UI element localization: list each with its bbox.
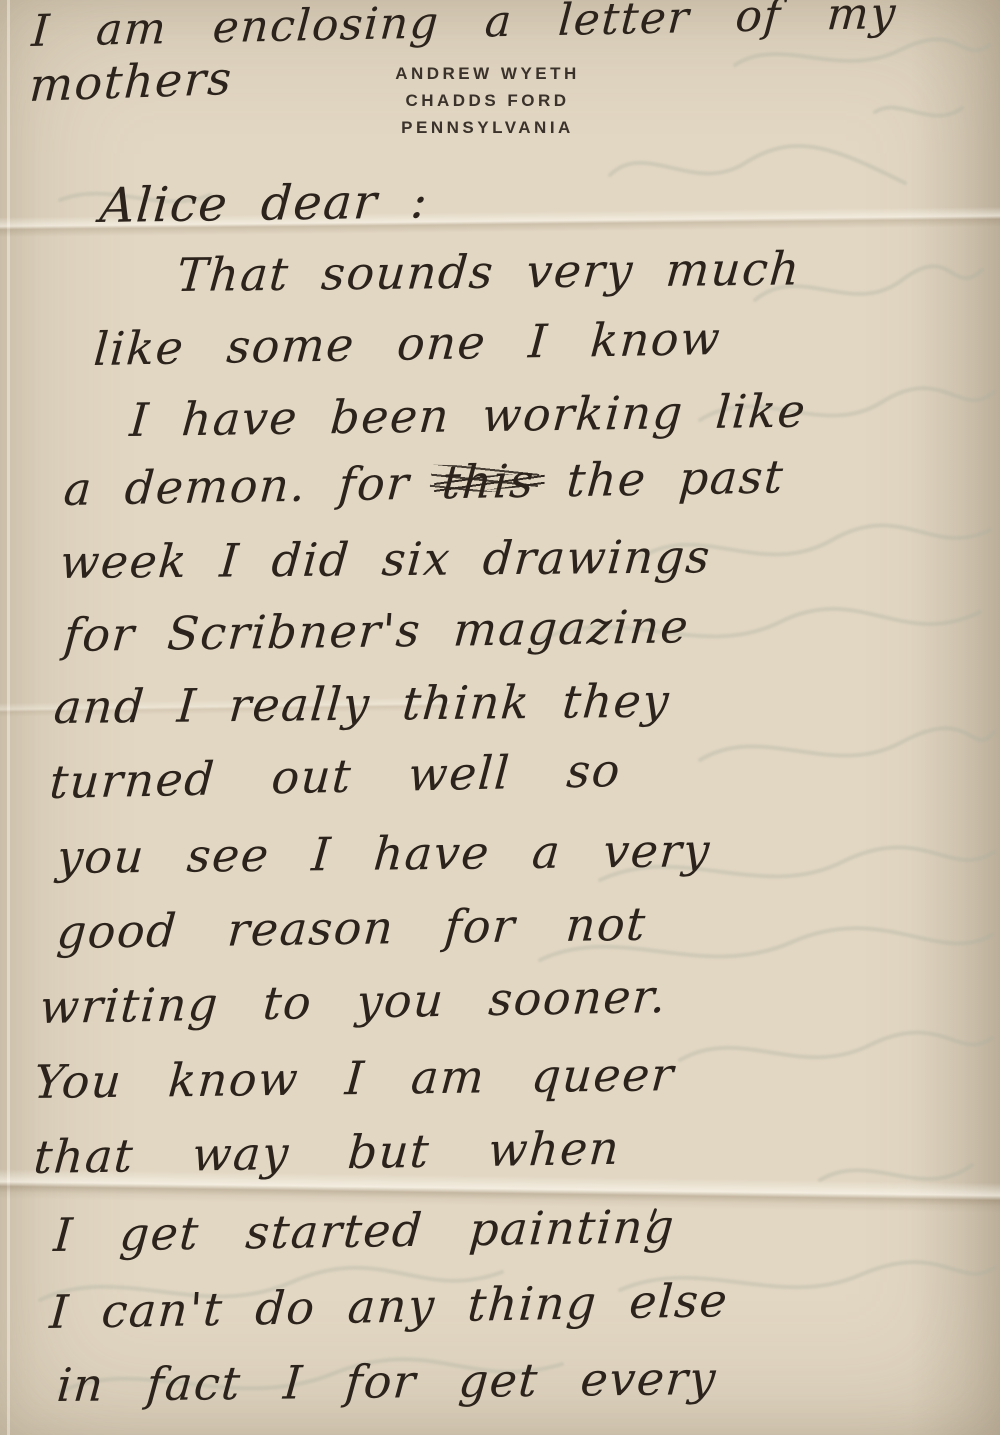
handwriting-line: you see I have a very bbox=[55, 823, 713, 884]
handwriting-line: and I really think they bbox=[52, 674, 672, 734]
handwriting-segment: a demon. for bbox=[62, 455, 444, 516]
salutation: Alice dear : bbox=[98, 173, 431, 234]
letterhead-name: ANDREW WYETH bbox=[0, 60, 975, 87]
handwriting-line: in fact I for get every bbox=[55, 1351, 719, 1412]
letter-page: I am enclosing a letter of my mothers AN… bbox=[0, 0, 1000, 1435]
handwriting-line: I have been working like bbox=[128, 384, 808, 447]
handwriting-line: week I did six drawings bbox=[58, 529, 713, 589]
letterhead-state: PENNSYLVANIA bbox=[0, 114, 975, 141]
handwriting-line: for Scribner's magazine bbox=[62, 599, 691, 662]
handwriting-line: writing to you sooner. bbox=[38, 969, 669, 1034]
handwriting-segment: the past bbox=[533, 449, 786, 507]
handwriting-line: like some one I know bbox=[92, 311, 723, 376]
handwriting-line: good reason for not bbox=[55, 897, 648, 959]
letterhead-city: CHADDS FORD bbox=[0, 87, 975, 114]
handwriting-line: that way but when bbox=[32, 1121, 622, 1184]
struck-word: this bbox=[440, 454, 536, 510]
handwriting-line: I get started painting bbox=[52, 1199, 677, 1262]
handwriting-line: That sounds very much bbox=[175, 241, 803, 302]
letterhead: ANDREW WYETH CHADDS FORD PENNSYLVANIA bbox=[0, 60, 975, 141]
handwriting-line: You know I am queer bbox=[32, 1047, 677, 1109]
